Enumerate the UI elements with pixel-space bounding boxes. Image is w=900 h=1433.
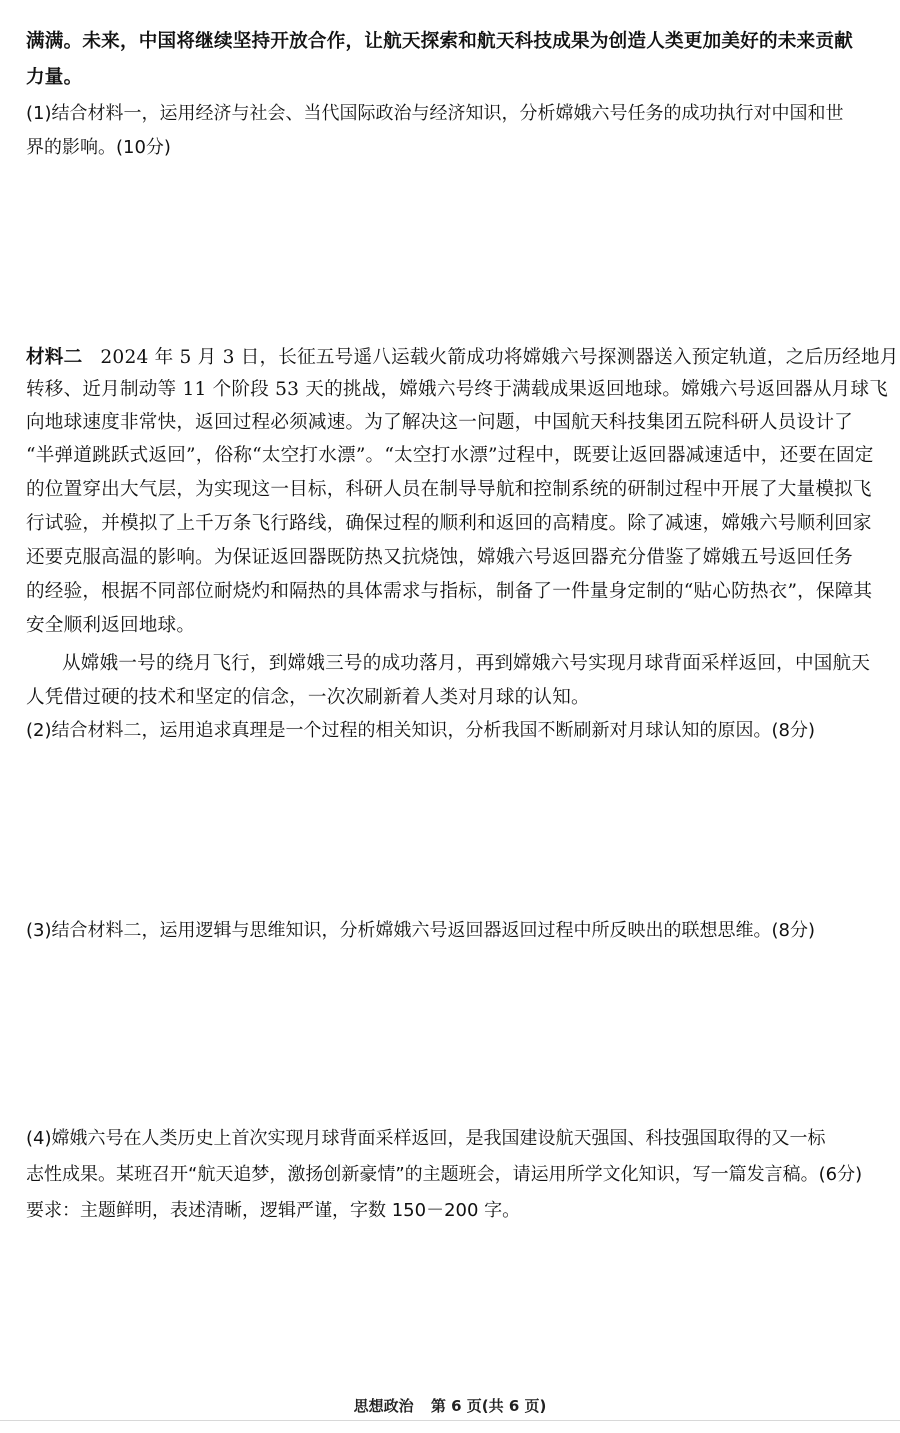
question-4-line-2: 志性成果。某班召开“航天追梦，激扬创新豪情”的主题班会，请运用所学文化知识，写一… xyxy=(26,1163,862,1187)
material2-text: 2024 年 5 月 3 日，长征五号遥八运载火箭成功将嫦娥六号探测器送入预定轨… xyxy=(100,347,898,368)
page-footer: 思想政治 第 6 页(共 6 页) xyxy=(0,1395,900,1416)
footer-divider xyxy=(0,1420,900,1421)
material2-para2-line-1: 从嫦娥一号的绕月飞行，到嫦娥三号的成功落月，再到嫦娥六号实现月球背面采样返回，中… xyxy=(62,652,870,676)
material1-tail-line-2: 力量。 xyxy=(26,66,82,90)
question-4-line-3: 要求：主题鲜明，表述清晰，逻辑严谨，字数 150－200 字。 xyxy=(26,1199,520,1223)
question-1-line-2: 界的影响。(10分) xyxy=(26,136,171,160)
material2-line-6: 行试验，并模拟了上千万条飞行路线，确保过程的顺利和返回的高精度。除了减速，嫦娥六… xyxy=(26,512,872,536)
question-2: (2)结合材料二，运用追求真理是一个过程的相关知识，分析我国不断刷新对月球认知的… xyxy=(26,719,815,743)
footer-subject: 思想政治 xyxy=(354,1397,414,1415)
question-3: (3)结合材料二，运用逻辑与思维知识，分析嫦娥六号返回器返回过程中所反映出的联想… xyxy=(26,919,815,943)
material2-line-4: “半弹道跳跃式返回”，俗称“太空打水漂”。“太空打水漂”过程中，既要让返回器减速… xyxy=(26,444,874,468)
footer-page-number: 第 6 页(共 6 页) xyxy=(431,1397,546,1415)
question-1-line-1: (1)结合材料一，运用经济与社会、当代国际政治与经济知识，分析嫦娥六号任务的成功… xyxy=(26,102,844,126)
material2-label: 材料二 xyxy=(26,347,82,368)
material2-line-1: 材料二2024 年 5 月 3 日，长征五号遥八运载火箭成功将嫦娥六号探测器送入… xyxy=(26,346,899,370)
material2-line-5: 的位置穿出大气层，为实现这一目标，科研人员在制导导航和控制系统的研制过程中开展了… xyxy=(26,478,872,502)
material1-tail-line-1: 满满。未来，中国将继续坚持开放合作，让航天探索和航天科技成果为创造人类更加美好的… xyxy=(26,30,853,54)
material2-line-3: 向地球速度非常快，返回过程必须减速。为了解决这一问题，中国航天科技集团五院科研人… xyxy=(26,411,853,435)
material2-line-7: 还要克服高温的影响。为保证返回器既防热又抗烧蚀，嫦娥六号返回器充分借鉴了嫦娥五号… xyxy=(26,546,853,570)
question-4-line-1: (4)嫦娥六号在人类历史上首次实现月球背面采样返回，是我国建设航天强国、科技强国… xyxy=(26,1127,826,1151)
material2-line-2: 转移、近月制动等 11 个阶段 53 天的挑战，嫦娥六号终于满载成果返回地球。嫦… xyxy=(26,378,888,402)
material2-para2-line-2: 人凭借过硬的技术和坚定的信念，一次次刷新着人类对月球的认知。 xyxy=(26,686,590,710)
material2-line-8: 的经验，根据不同部位耐烧灼和隔热的具体需求与指标，制备了一件量身定制的“贴心防热… xyxy=(26,580,872,604)
material2-line-9: 安全顺利返回地球。 xyxy=(26,614,195,638)
